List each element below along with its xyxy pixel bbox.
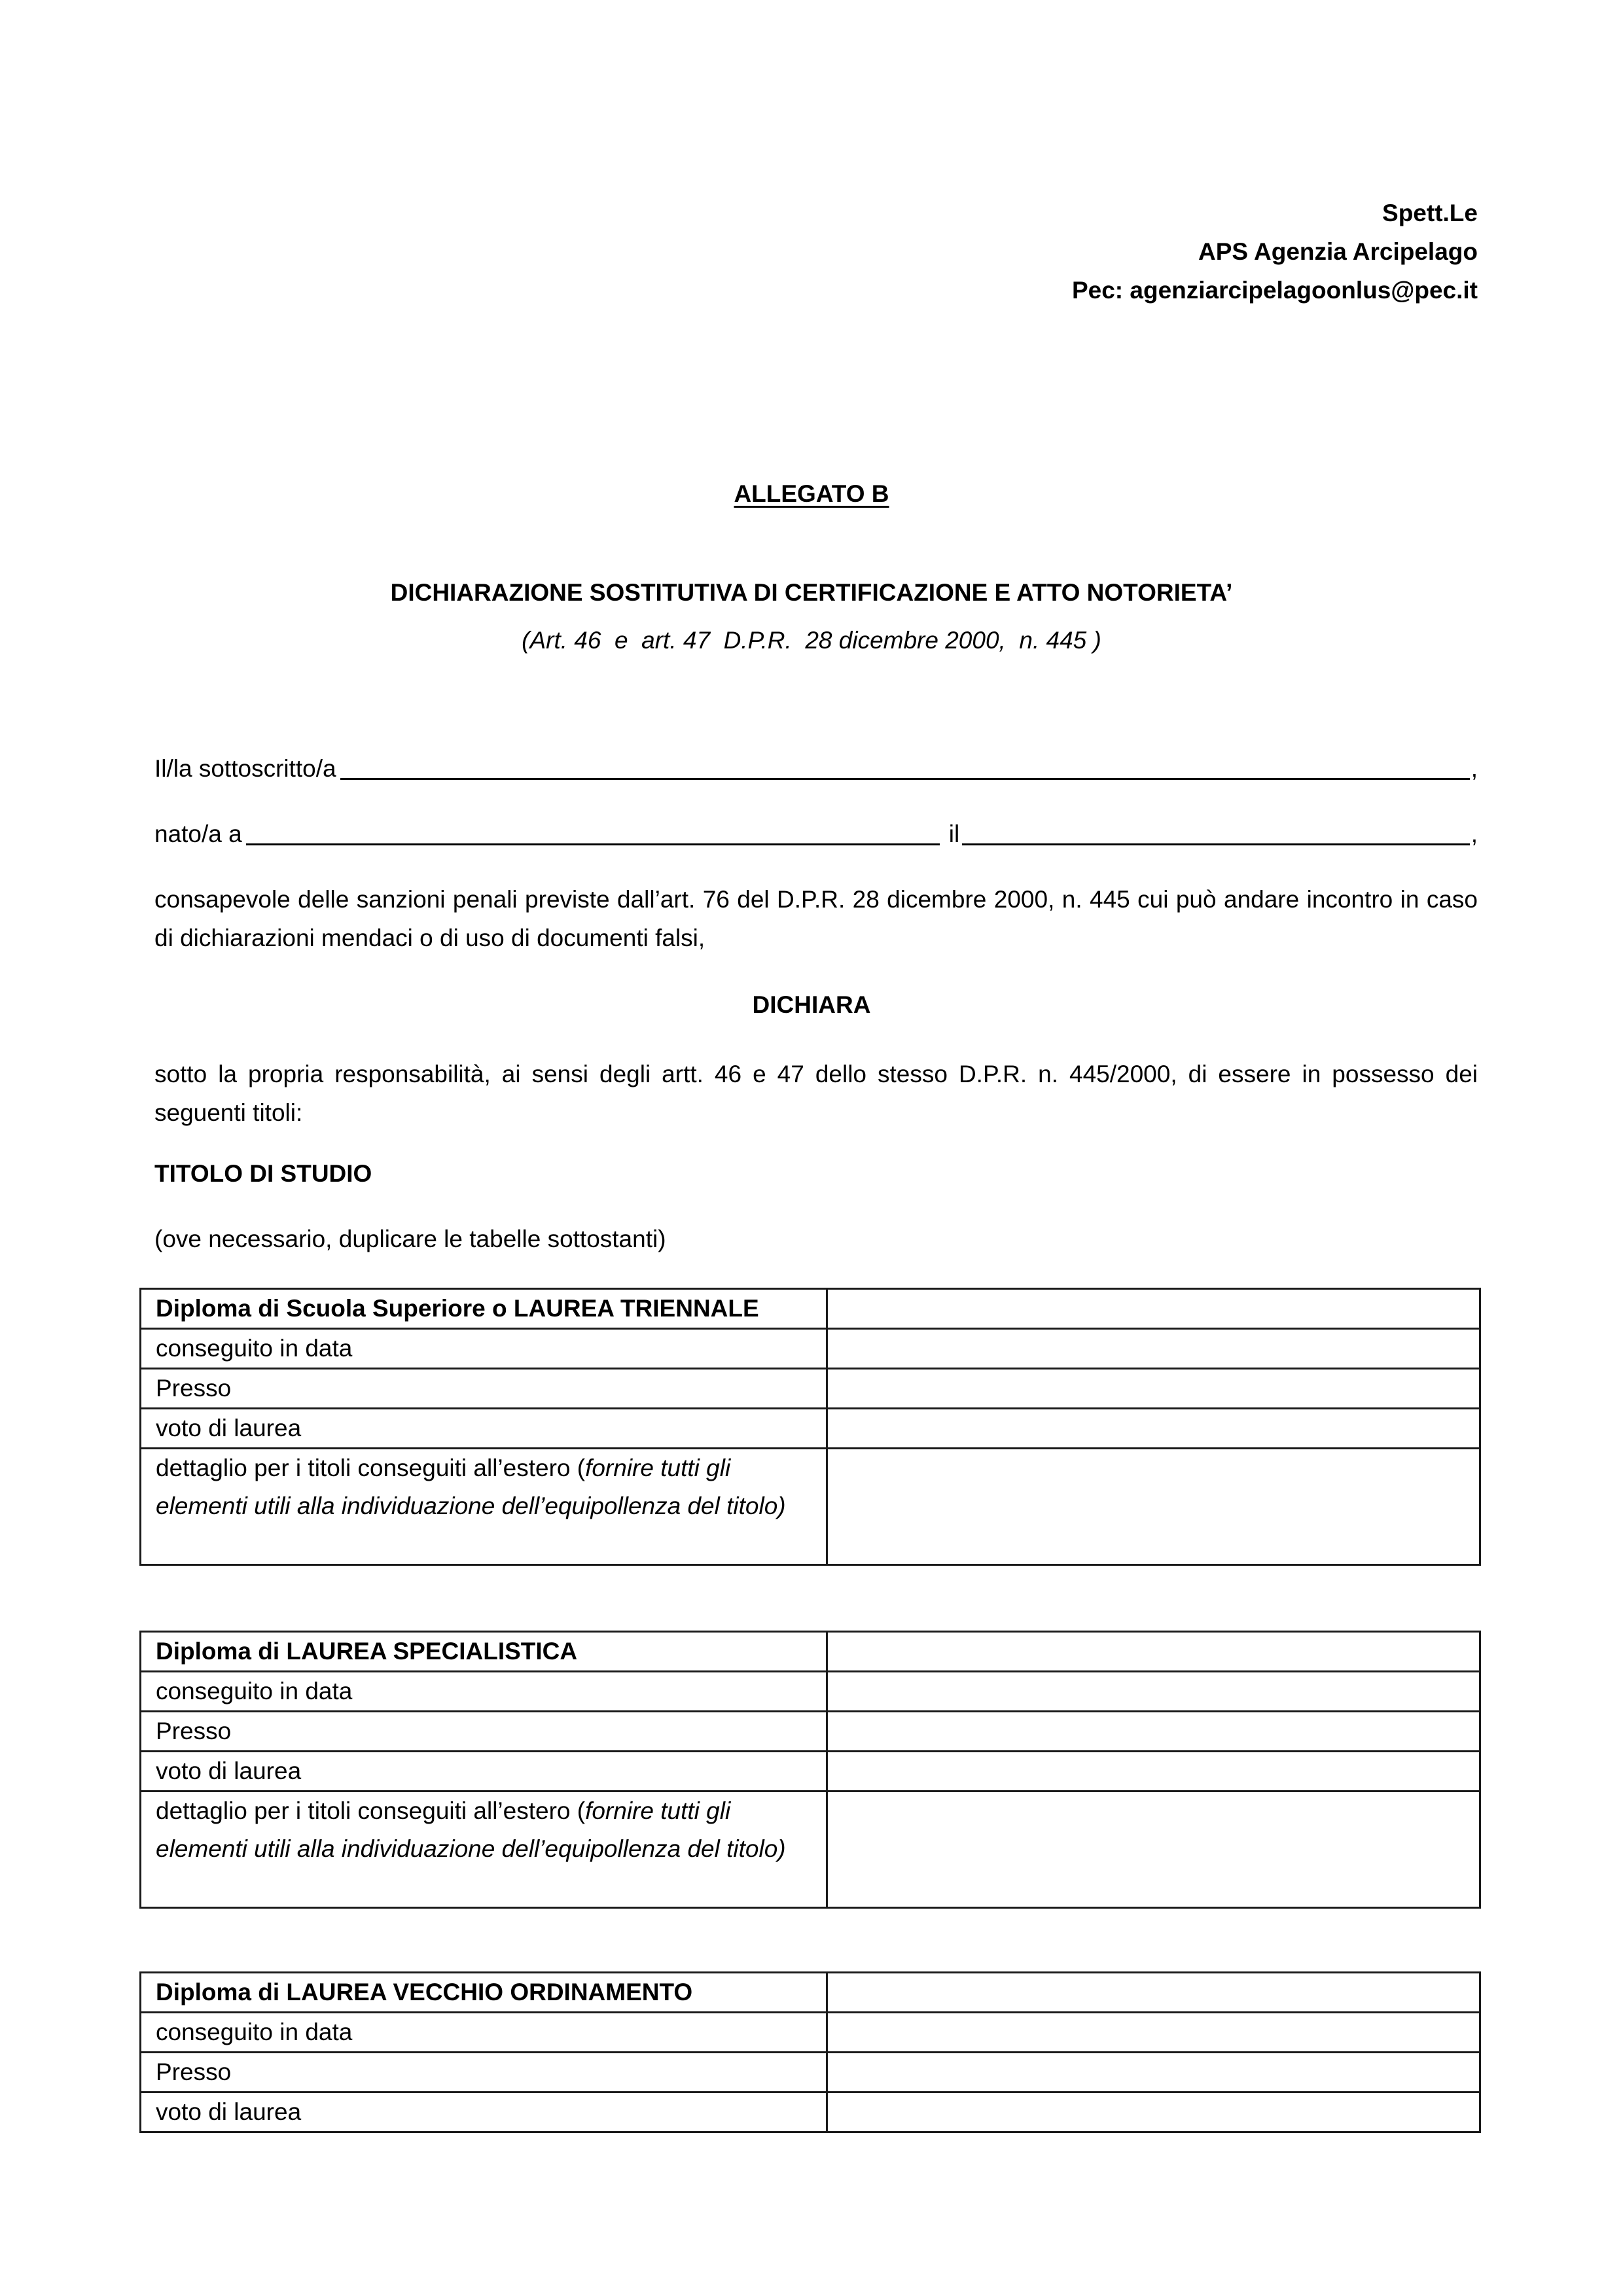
birthplace-field[interactable] [246, 820, 940, 845]
grade-input[interactable] [827, 1409, 1480, 1449]
table-specialist-degree: Diploma di LAUREA SPECIALISTICA consegui… [139, 1631, 1481, 1909]
signatory-name-label: Il/la sottoscritto/a [154, 755, 340, 783]
graduation-date-label: conseguito in data [141, 1329, 827, 1369]
degree-type-input[interactable] [827, 1973, 1480, 2013]
allegato-heading: ALLEGATO B [0, 480, 1623, 508]
grade-label: voto di laurea [141, 1752, 827, 1792]
table-row: voto di laurea [141, 2093, 1480, 2132]
responsibility-paragraph: sotto la propria responsabilità, ai sens… [154, 1055, 1478, 1132]
institution-input[interactable] [827, 2053, 1480, 2093]
institution-label: Presso [141, 2053, 827, 2093]
grade-label: voto di laurea [141, 1409, 827, 1449]
grade-input[interactable] [827, 2093, 1480, 2132]
birthplace-label: nato/a a [154, 821, 246, 848]
birthdate-field[interactable] [962, 820, 1470, 845]
institution-label: Presso [141, 1369, 827, 1409]
graduation-date-label: conseguito in data [141, 1672, 827, 1712]
education-section-title: TITOLO DI STUDIO [154, 1160, 372, 1188]
declaration-legal-reference: (Art. 46 e art. 47 D.P.R. 28 dicembre 20… [0, 627, 1623, 654]
table-old-system-degree: Diploma di LAUREA VECCHIO ORDINAMENTO co… [139, 1971, 1481, 2133]
recipient-salutation: Spett.Le [1072, 194, 1478, 232]
birthdate-label: il [940, 821, 962, 848]
table-row: Presso [141, 1712, 1480, 1752]
grade-input[interactable] [827, 1752, 1480, 1792]
institution-input[interactable] [827, 1369, 1480, 1409]
table-row: Diploma di LAUREA SPECIALISTICA [141, 1632, 1480, 1672]
table-row: Presso [141, 2053, 1480, 2093]
declaration-title: DICHIARAZIONE SOSTITUTIVA DI CERTIFICAZI… [0, 579, 1623, 607]
duplicate-tables-note: (ove necessario, duplicare le tabelle so… [154, 1226, 666, 1253]
signatory-name-field[interactable] [340, 754, 1470, 780]
recipient-organization: APS Agenzia Arcipelago [1072, 232, 1478, 271]
degree-type-input[interactable] [827, 1289, 1480, 1329]
foreign-degree-detail-label: dettaglio per i titoli conseguiti all’es… [141, 1449, 827, 1565]
institution-input[interactable] [827, 1712, 1480, 1752]
foreign-degree-detail-input[interactable] [827, 1449, 1480, 1565]
table-row: conseguito in data [141, 1672, 1480, 1712]
table-row: Diploma di Scuola Superiore o LAUREA TRI… [141, 1289, 1480, 1329]
table-row: conseguito in data [141, 1329, 1480, 1369]
table-row: voto di laurea [141, 1752, 1480, 1792]
degree-type-label: Diploma di LAUREA VECCHIO ORDINAMENTO [141, 1973, 827, 2013]
foreign-degree-detail-text: dettaglio per i titoli conseguiti all’es… [156, 1455, 585, 1481]
birth-row: nato/a a il , [154, 818, 1478, 848]
comma: , [1470, 755, 1478, 783]
graduation-date-input[interactable] [827, 2013, 1480, 2053]
comma: , [1470, 821, 1478, 848]
awareness-paragraph: consapevole delle sanzioni penali previs… [154, 880, 1478, 957]
table-high-school-or-bachelor: Diploma di Scuola Superiore o LAUREA TRI… [139, 1288, 1481, 1566]
table-row: Presso [141, 1369, 1480, 1409]
signatory-name-row: Il/la sottoscritto/a , [154, 752, 1478, 783]
graduation-date-input[interactable] [827, 1672, 1480, 1712]
table-row: conseguito in data [141, 2013, 1480, 2053]
recipient-block: Spett.Le APS Agenzia Arcipelago Pec: age… [1072, 194, 1478, 309]
declares-heading: DICHIARA [0, 991, 1623, 1019]
degree-type-input[interactable] [827, 1632, 1480, 1672]
table-row: dettaglio per i titoli conseguiti all’es… [141, 1449, 1480, 1565]
degree-type-label: Diploma di Scuola Superiore o LAUREA TRI… [141, 1289, 827, 1329]
recipient-pec: Pec: agenziarcipelagoonlus@pec.it [1072, 271, 1478, 309]
institution-label: Presso [141, 1712, 827, 1752]
graduation-date-label: conseguito in data [141, 2013, 827, 2053]
foreign-degree-detail-input[interactable] [827, 1792, 1480, 1908]
grade-label: voto di laurea [141, 2093, 827, 2132]
table-row: Diploma di LAUREA VECCHIO ORDINAMENTO [141, 1973, 1480, 2013]
document-page: Spett.Le APS Agenzia Arcipelago Pec: age… [0, 0, 1623, 2296]
table-row: dettaglio per i titoli conseguiti all’es… [141, 1792, 1480, 1908]
graduation-date-input[interactable] [827, 1329, 1480, 1369]
foreign-degree-detail-text: dettaglio per i titoli conseguiti all’es… [156, 1797, 585, 1824]
table-row: voto di laurea [141, 1409, 1480, 1449]
degree-type-label: Diploma di LAUREA SPECIALISTICA [141, 1632, 827, 1672]
foreign-degree-detail-label: dettaglio per i titoli conseguiti all’es… [141, 1792, 827, 1908]
